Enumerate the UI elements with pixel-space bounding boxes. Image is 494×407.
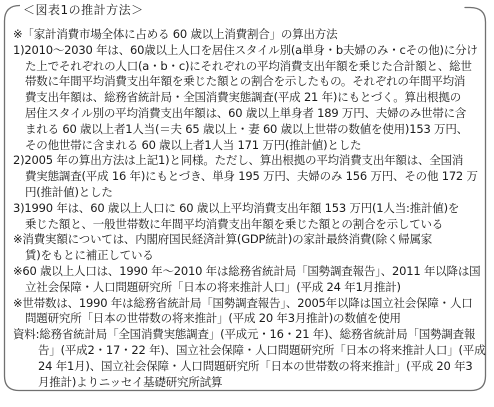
text-line: 費支出年額は、総務省統計局・全国消費実態調査(平成 21 年)にもとづく。算出根… — [13, 90, 485, 106]
text-line: 帯数に年間平均消費支出年額を乗じた額との割合を示したもの。それぞれの年間平均消 — [13, 74, 485, 90]
text-line: 費実態調査(平成 16 年)にもとづき、単身 195 万円、夫婦のみ 156 万… — [13, 169, 485, 185]
text-line: た上でそれぞれの人口(a・b・c)にそれぞれの平均消費支出年額を乗じた合計額と、… — [13, 59, 485, 75]
estimation-method-note: ＜図表1の推計方法＞ ※「家計消費市場全体に占める 60 歳以上消費割合」の算出… — [0, 0, 494, 407]
text-line: 居住スタイル別の平均消費支出年額は、60 歳以上単身者 189 万円、夫婦のみ世… — [13, 106, 485, 122]
text-line: その他世帯に含まれる 60 歳以上者1人当 171 万円(推計値)とした — [13, 138, 485, 154]
text-line: 24 年1月)、国立社会保障・人口問題研究所「日本の世帯数の将来推計」(平成 2… — [13, 359, 485, 375]
text-line: 1)2010～2030 年は、60歳以上人口を居住スタイル別(a単身・b夫婦のみ… — [13, 43, 485, 59]
text-line: 3)1990 年は、60 歳以上人口に 60 歳以上平均消費支出年額 153 万… — [13, 201, 485, 217]
text-line: ※消費実額については、内閣府国民経済計算(GDP統計)の家計最終消費(除く帰属家 — [13, 232, 485, 248]
text-line: 月推計)よりニッセイ基礎研究所試算 — [13, 375, 485, 391]
text-line: 立社会保障・人口問題研究所「日本の将来推計人口」(平成 24 年1月推計) — [13, 280, 485, 296]
text-line: まれる 60 歳以上者1人当(＝夫 65 歳以上・妻 60 歳以上世帯の数値を使… — [13, 122, 485, 138]
text-line: 円(推計値)とした — [13, 185, 485, 201]
method-text-lines: ※「家計消費市場全体に占める 60 歳以上消費割合」の算出方法1)2010～20… — [13, 27, 485, 390]
text-line: 資料:総務省統計局「全国消費実態調査」(平成元・16・21 年)、総務省統計局「… — [13, 327, 485, 343]
text-line: 乗じた額と、一般世帯数に年間平均消費支出年額を乗じた額との割合を示している — [13, 217, 485, 233]
text-line: 賃)をもとに補正している — [13, 248, 485, 264]
text-line: ※世帯数は、1990 年は総務省統計局「国勢調査報告」、2005年以降は国立社会… — [13, 296, 485, 312]
text-line: 告」(平成2・17・22 年)、国立社会保障・人口問題研究所「日本の将来推計人口… — [13, 343, 485, 359]
text-line: ※「家計消費市場全体に占める 60 歳以上消費割合」の算出方法 — [13, 27, 485, 43]
text-line: ※60 歳以上人口は、1990 年～2010 年は総務省統計局「国勢調査報告」、… — [13, 264, 485, 280]
text-line: 2)2005 年の算出方法は上記1)と同様。ただし、算出根拠の平均消費支出年額は… — [13, 153, 485, 169]
text-line: 問題研究所「日本の世帯数の将来推計」(平成 20 年3月推計)の数値を使用 — [13, 311, 485, 327]
box-title: ＜図表1の推計方法＞ — [20, 2, 147, 18]
